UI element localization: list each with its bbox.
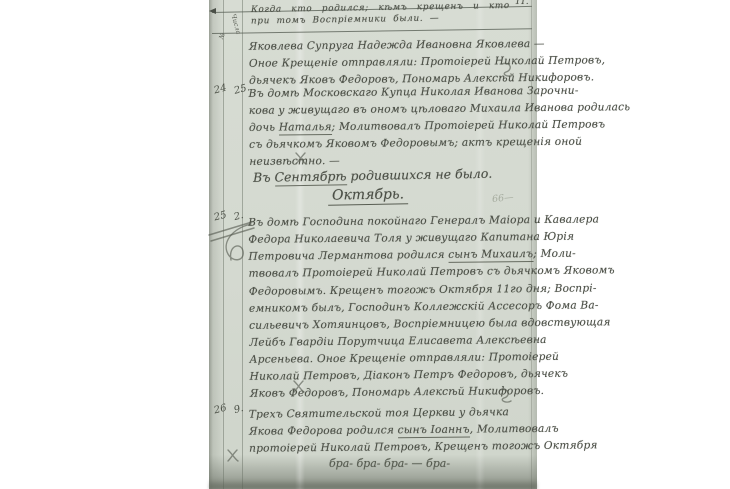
entry-line-segment: Петровича Лермантова родился xyxy=(248,249,448,263)
arrow-mark xyxy=(209,8,216,14)
underlined-name: сынъ Михаилъ xyxy=(448,248,533,263)
entry-day: 9. xyxy=(233,403,245,416)
entry-line-segment: ; Моли- xyxy=(533,248,576,260)
pencil-note: 66— xyxy=(491,192,514,205)
entry-line-segment: дочь xyxy=(249,122,279,134)
entry-line-segment: Якова Федорова родился xyxy=(249,424,398,437)
underlined-name: Наталья xyxy=(279,121,332,136)
underlined-month: Сентябрѣ xyxy=(274,168,346,186)
heading-segment: Въ xyxy=(253,170,275,185)
folio-number: 11. xyxy=(515,0,529,7)
register-entry-25: Въ домѣ Господина покойнаго Генералъ Маі… xyxy=(248,213,616,405)
pen-trials: бра- бра- бра- — бра- xyxy=(297,457,482,470)
register-entry-previous: Яковлева Супруга Надежда Ивановна Яковле… xyxy=(249,37,606,92)
bottom-shadow xyxy=(209,479,537,489)
column-header-number: № xyxy=(217,32,227,40)
entry-number: 24 xyxy=(213,83,228,97)
underlined-month: Октябрь. xyxy=(328,186,408,205)
ink-mark xyxy=(225,447,241,463)
ink-flourish xyxy=(499,60,515,80)
october-heading: Октябрь. xyxy=(305,186,431,204)
scanned-document: 11. Когда кто родился; кѣмъ крещенъ и кт… xyxy=(0,0,730,489)
september-note: Въ Сентябрѣ родившихся не было. xyxy=(253,166,471,185)
entry-line-segment: , Молитвовалъ xyxy=(470,423,559,436)
ink-mark xyxy=(291,378,307,394)
entry-line-segment: ; Молитвовалъ Протоіерей Николай Петровъ xyxy=(332,119,606,134)
underlined-name: сынъ Іоаннъ xyxy=(398,424,470,439)
header-rule-bottom xyxy=(212,28,532,34)
table-header-line: Когда кто родился; кѣмъ крещенъ и кто xyxy=(251,1,510,15)
register-page: 11. Когда кто родился; кѣмъ крещенъ и кт… xyxy=(209,0,537,489)
heading-segment: родившихся не было. xyxy=(346,166,492,184)
register-entry-26: Трехъ Святительской тоя Церкви у дьячка … xyxy=(249,405,598,460)
ink-flourish xyxy=(497,386,513,406)
ink-mark xyxy=(293,150,309,166)
entry-number: 26 xyxy=(213,403,228,417)
table-header-line: при томъ Воспріемники были. — xyxy=(251,14,439,27)
entry-margin: 26 9. xyxy=(214,404,247,415)
